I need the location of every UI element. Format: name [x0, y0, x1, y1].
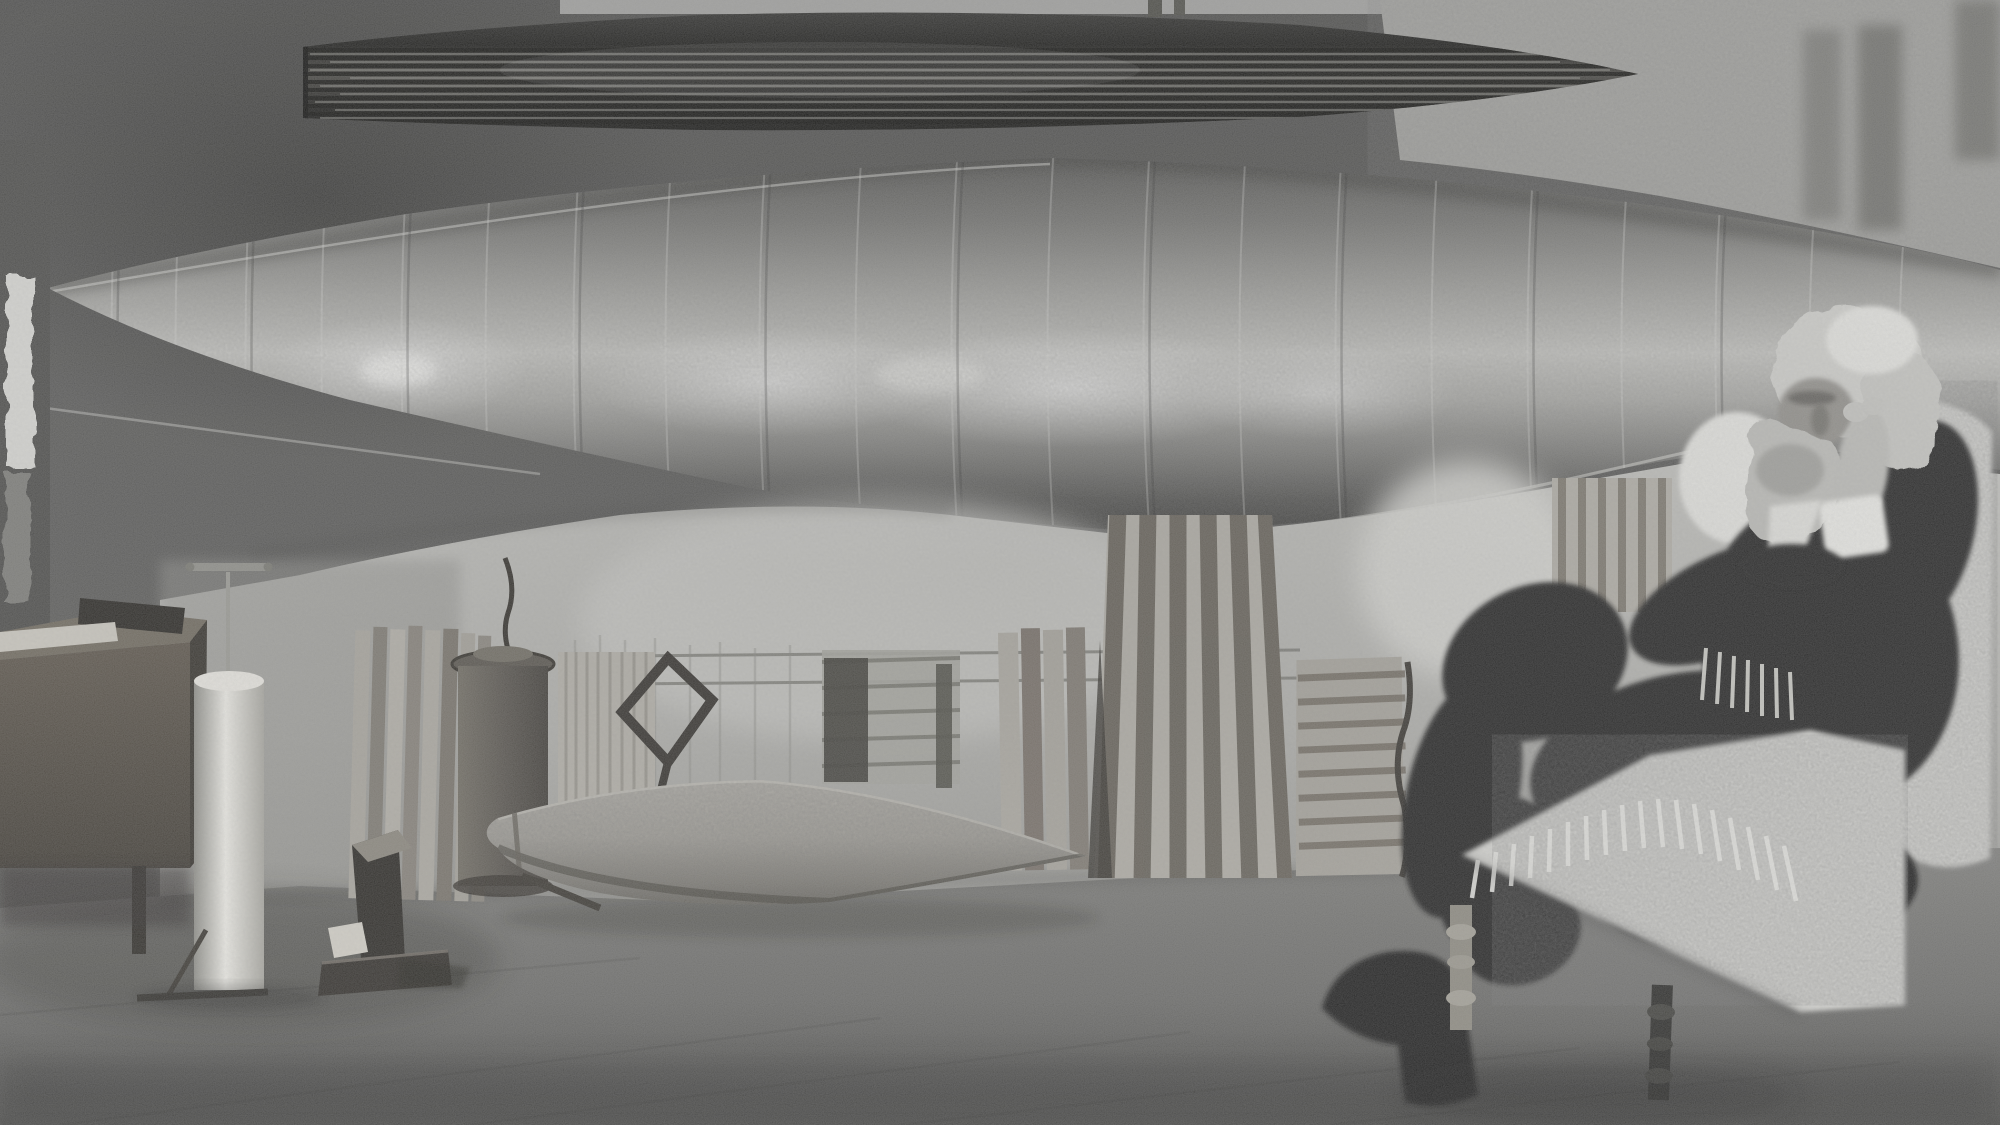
ceiling-post	[1148, 0, 1162, 17]
fingers	[1862, 397, 1886, 415]
archival-photo	[0, 0, 2000, 1125]
chair-floor-shadow	[1400, 1065, 1800, 1125]
cylinder-cap	[473, 646, 533, 662]
wall-corner-streak	[1858, 25, 1902, 230]
chair-leg-light	[1446, 905, 1476, 1030]
corrugated-sheet-large	[1088, 510, 1292, 885]
table-front	[0, 642, 192, 868]
door-strip-lower	[4, 472, 30, 602]
cylinder-top	[194, 671, 264, 691]
leaning-sheet-horizontal	[1289, 653, 1414, 880]
white-scrap	[328, 922, 368, 958]
top-right-dark-edge	[1955, 0, 2000, 160]
plank-section	[822, 650, 960, 788]
bright-door-strip	[6, 276, 34, 466]
photo-canvas	[0, 0, 2000, 1125]
dark-door-panel	[824, 658, 868, 782]
crossbar-end	[186, 563, 195, 572]
stand-crossbar	[190, 563, 268, 571]
left-edge	[0, 140, 50, 640]
brow-shadow	[1788, 391, 1836, 405]
collar-dark	[1740, 544, 1844, 588]
wall-post	[936, 664, 952, 788]
cylinder-body	[194, 680, 264, 990]
wall-corner-streak	[1803, 30, 1841, 220]
nose-shadow	[1811, 404, 1829, 436]
ceiling-post	[1174, 0, 1185, 15]
stand-shadow	[135, 986, 325, 1010]
hair-top-light	[1826, 306, 1918, 374]
work-table	[0, 598, 207, 954]
table-underside-shadow	[0, 866, 190, 926]
beard-shadow	[1756, 444, 1824, 496]
crossbar-end	[264, 563, 273, 572]
shirt-cuff	[1818, 494, 1889, 560]
